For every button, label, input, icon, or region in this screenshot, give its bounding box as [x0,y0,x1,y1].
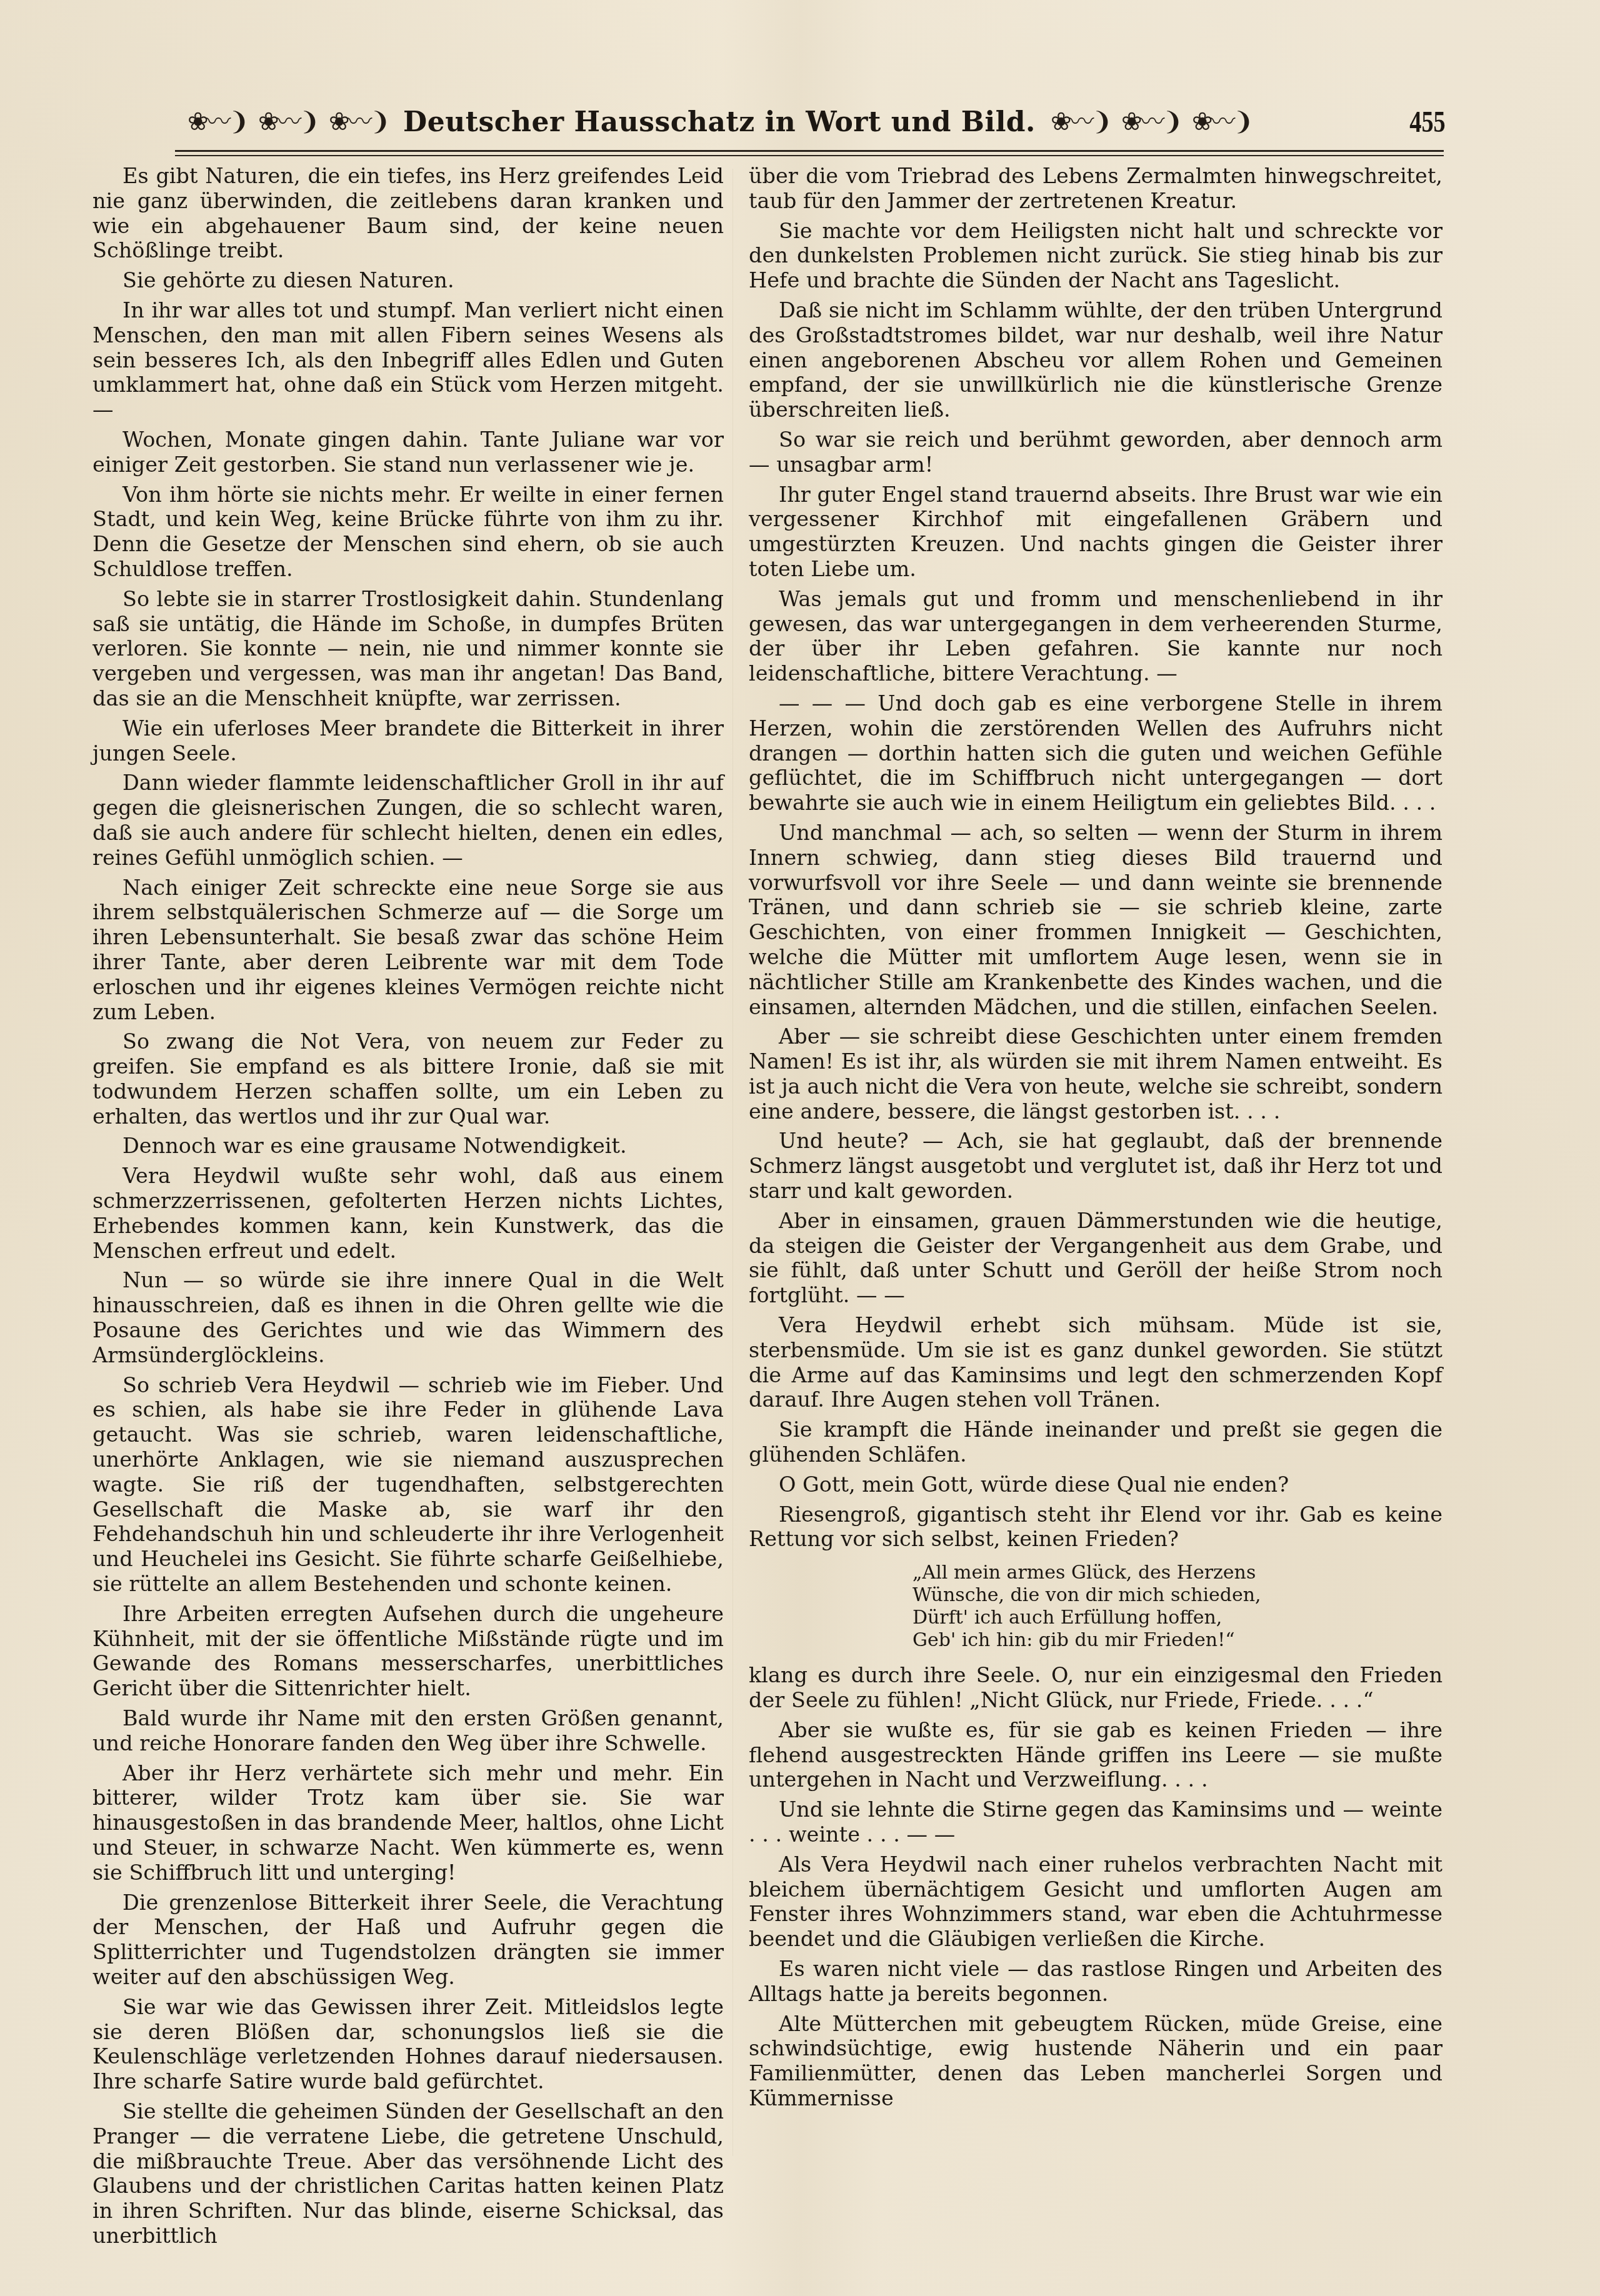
paragraph: Sie war wie das Gewissen ihrer Zeit. Mit… [92,1995,724,2094]
running-title: Deutscher Hausschatz in Wort und Bild. [403,106,1036,138]
paragraph: Als Vera Heydwil nach einer ruhelos verb… [749,1852,1442,1952]
poem-line: Geb' ich hin: gib du mir Frieden!“ [912,1629,1442,1652]
poem-line: „All mein armes Glück, des Herzens [912,1562,1442,1584]
paragraph: Es gibt Naturen, die ein tiefes, ins Her… [92,164,724,263]
paragraph: Vera Heydwil wußte sehr wohl, daß aus ei… [92,1164,724,1263]
paragraph: So war sie reich und berühmt geworden, a… [749,427,1442,477]
floral-ornament-icon: ❀〰❩ [1192,109,1251,134]
ornament-group-left: ❀〰❩ ❀〰❩ ❀〰❩ [187,109,388,134]
paragraph: So zwang die Not Vera, von neuem zur Fed… [92,1029,724,1129]
poem-line: Wünsche, die von dir mich schieden, [912,1584,1442,1607]
paragraph: — — — Und doch gab es eine verborgene St… [749,691,1442,816]
paragraph: So lebte sie in starrer Trostlosigkeit d… [92,587,724,711]
paragraph: Ihre Arbeiten erregten Aufsehen durch di… [92,1602,724,1701]
paragraph: Vera Heydwil erhebt sich mühsam. Müde is… [749,1313,1442,1412]
ornament-group-right: ❀〰❩ ❀〰❩ ❀〰❩ [1051,109,1251,134]
paragraph: Und manchmal — ach, so selten — wenn der… [749,821,1442,1019]
paragraph: Sie gehörte zu diesen Naturen. [92,268,724,293]
left-column: Es gibt Naturen, die ein tiefes, ins Her… [92,164,724,2254]
poem-quote: „All mein armes Glück, des HerzensWünsch… [749,1562,1442,1652]
floral-ornament-icon: ❀〰❩ [329,109,388,134]
paragraph: Alte Mütterchen mit gebeugtem Rücken, mü… [749,2012,1442,2111]
paragraph: Aber ihr Herz verhärtete sich mehr und m… [92,1761,724,1885]
paragraph: Sie stellte die geheimen Sünden der Gese… [92,2099,724,2249]
paragraph: Daß sie nicht im Schlamm wühlte, der den… [749,298,1442,422]
paragraph: So schrieb Vera Heydwil — schrieb wie im… [92,1373,724,1597]
page-header: ❀〰❩ ❀〰❩ ❀〰❩ Deutscher Hausschatz in Wort… [187,100,1450,144]
paragraph: Was jemals gut und fromm und menschenlie… [749,587,1442,686]
paragraph: Sie machte vor dem Heiligsten nicht halt… [749,219,1442,293]
paragraph: Dann wieder flammte leidenschaftlicher G… [92,771,724,870]
paragraph: Bald wurde ihr Name mit den ersten Größe… [92,1706,724,1756]
paragraph: Aber in einsamen, grauen Dämmerstunden w… [749,1209,1442,1308]
paragraph: Riesengroß, gigantisch steht ihr Elend v… [749,1502,1442,1552]
paragraph: Die grenzenlose Bitterkeit ihrer Seele, … [92,1890,724,1990]
paragraph: Dennoch war es eine grausame Notwendigke… [92,1134,724,1159]
right-column-text-after-poem: klang es durch ihre Seele. O, nur ein ei… [749,1663,1442,2111]
header-rule-bottom [175,155,1444,156]
paragraph: Von ihm hörte sie nichts mehr. Er weilte… [92,482,724,582]
floral-ornament-icon: ❀〰❩ [1051,109,1110,134]
paragraph: Ihr guter Engel stand trauernd abseits. … [749,482,1442,582]
paragraph: In ihr war alles tot und stumpf. Man ver… [92,298,724,422]
paragraph: Wochen, Monate gingen dahin. Tante Julia… [92,427,724,477]
right-column: über die vom Triebrad des Lebens Zermalm… [749,164,1442,2116]
paragraph: Nun — so würde sie ihre innere Qual in d… [92,1268,724,1367]
paragraph: Aber — sie schreibt diese Geschichten un… [749,1024,1442,1124]
paragraph: Und heute? — Ach, sie hat geglaubt, daß … [749,1129,1442,1203]
right-column-text-before-poem: über die vom Triebrad des Lebens Zermalm… [749,164,1442,1552]
header-rule-top [175,150,1444,152]
poem-line: Dürft' ich auch Erfüllung hoffen, [912,1607,1442,1629]
paragraph: klang es durch ihre Seele. O, nur ein ei… [749,1663,1442,1713]
paragraph: Sie krampft die Hände ineinander und pre… [749,1417,1442,1467]
paragraph: Es waren nicht viele — das rastlose Ring… [749,1957,1442,2007]
floral-ornament-icon: ❀〰❩ [1121,109,1181,134]
page-number: 455 [1409,105,1446,139]
floral-ornament-icon: ❀〰❩ [258,109,317,134]
paragraph: O Gott, mein Gott, würde diese Qual nie … [749,1472,1442,1497]
paragraph: Und sie lehnte die Stirne gegen das Kami… [749,1797,1442,1847]
paragraph: über die vom Triebrad des Lebens Zermalm… [749,164,1442,214]
paragraph: Aber sie wußte es, für sie gab es keinen… [749,1718,1442,1792]
column-gutter [732,169,733,2156]
floral-ornament-icon: ❀〰❩ [187,109,247,134]
paragraph: Wie ein uferloses Meer brandete die Bitt… [92,716,724,766]
paragraph: Nach einiger Zeit schreckte eine neue So… [92,876,724,1025]
